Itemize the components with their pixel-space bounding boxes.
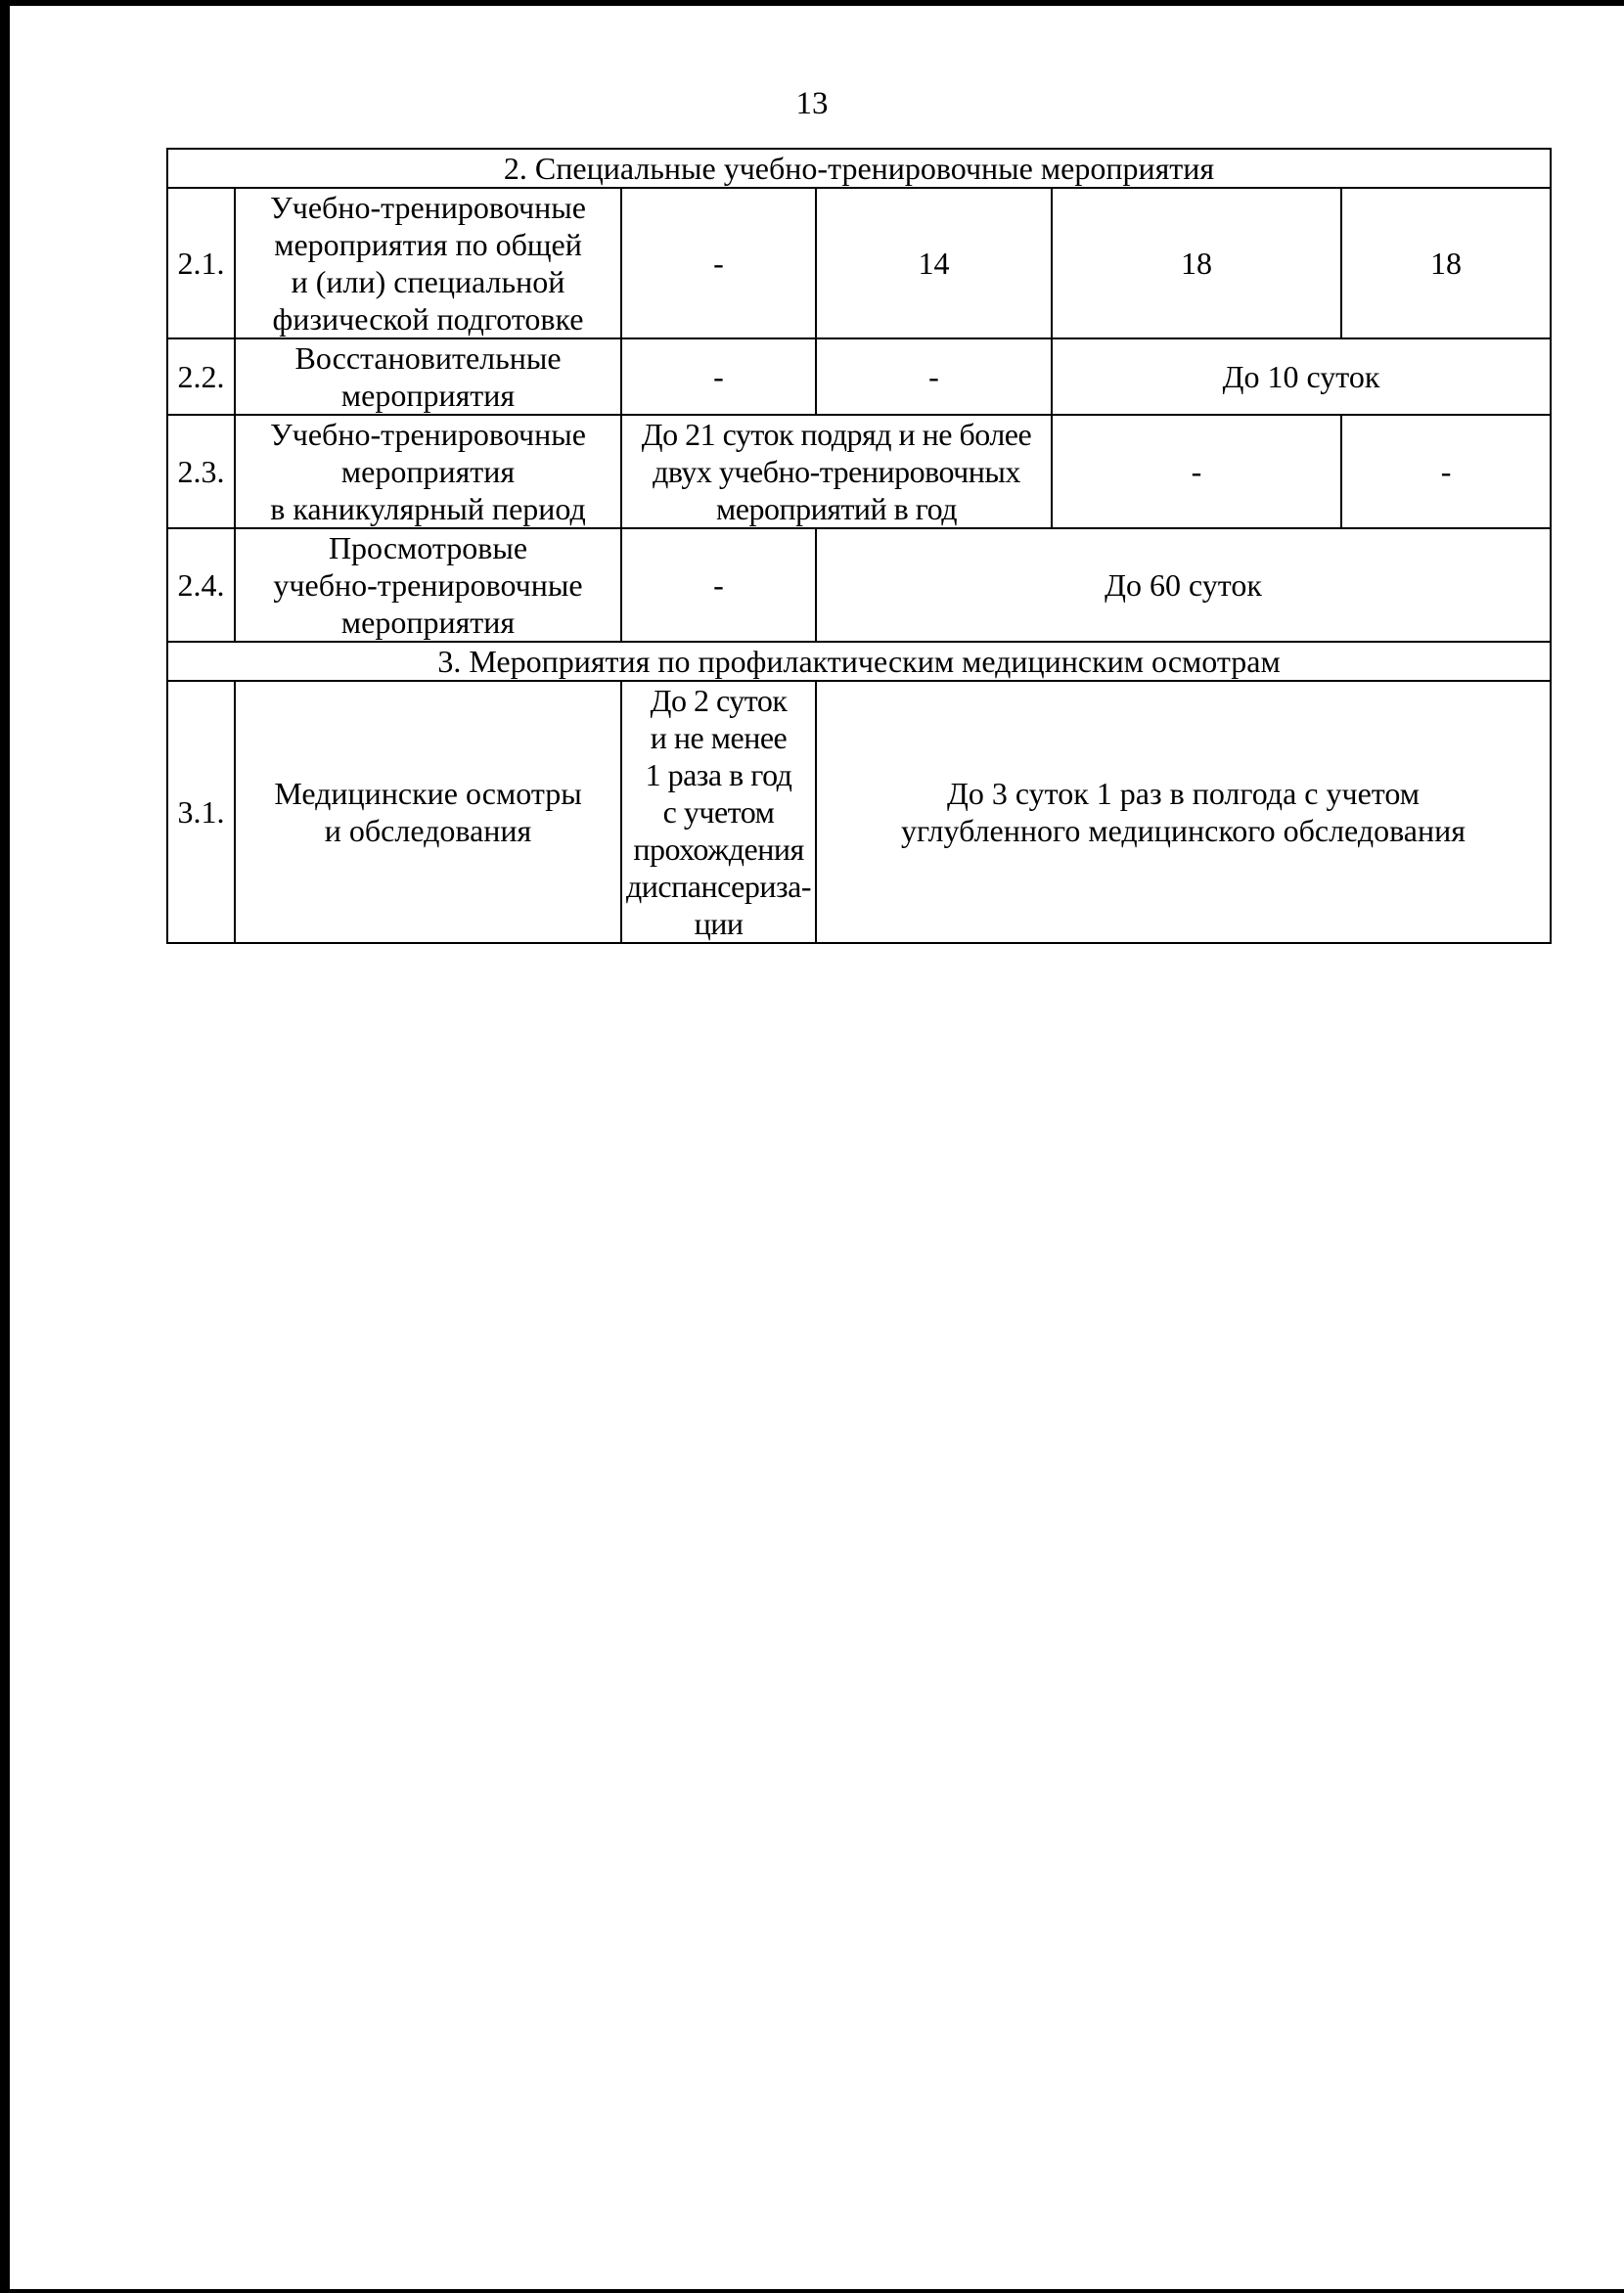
row-number: 2.1. [167,188,235,338]
cell-value: До 2 суток и не менее 1 раза в год с уче… [621,681,816,943]
table-row: 2.3. Учебно-тренировочные мероприятия в … [167,415,1551,528]
cell-value: До 10 суток [1052,338,1551,415]
cell-value: - [621,188,816,338]
cell-value: - [816,338,1052,415]
page-number: 13 [0,84,1624,123]
row-number: 3.1. [167,681,235,943]
event-name: Медицинские осмотры и обследования [235,681,621,943]
section-header-row: 3. Мероприятия по профилактическим медиц… [167,642,1551,681]
cell-value: До 3 суток 1 раз в полгода с учетом углу… [816,681,1551,943]
cell-value: - [1341,415,1551,528]
table-row: 2.2. Восстановительные мероприятия - - Д… [167,338,1551,415]
cell-value: 18 [1052,188,1341,338]
section-header-row: 2. Специальные учебно-тренировочные меро… [167,149,1551,188]
cell-value: До 21 суток подряд и не более двух учебн… [621,415,1052,528]
cell-value: - [621,338,816,415]
cell-value: 18 [1341,188,1551,338]
event-name: Учебно-тренировочные мероприятия в каник… [235,415,621,528]
row-number: 2.2. [167,338,235,415]
event-name: Просмотровые учебно-тренировочные меропр… [235,528,621,642]
event-name: Восстановительные мероприятия [235,338,621,415]
table-row: 3.1. Медицинские осмотры и обследования … [167,681,1551,943]
row-number: 2.4. [167,528,235,642]
cell-value: До 60 суток [816,528,1551,642]
cell-value: - [1052,415,1341,528]
table-row: 2.4. Просмотровые учебно-тренировочные м… [167,528,1551,642]
row-number: 2.3. [167,415,235,528]
event-name: Учебно-тренировочные мероприятия по обще… [235,188,621,338]
section-3-title: 3. Мероприятия по профилактическим медиц… [167,642,1551,681]
cell-value: 14 [816,188,1052,338]
cell-value: - [621,528,816,642]
section-2-title: 2. Специальные учебно-тренировочные меро… [167,149,1551,188]
table-row: 2.1. Учебно-тренировочные мероприятия по… [167,188,1551,338]
training-events-table: 2. Специальные учебно-тренировочные меро… [166,148,1552,944]
